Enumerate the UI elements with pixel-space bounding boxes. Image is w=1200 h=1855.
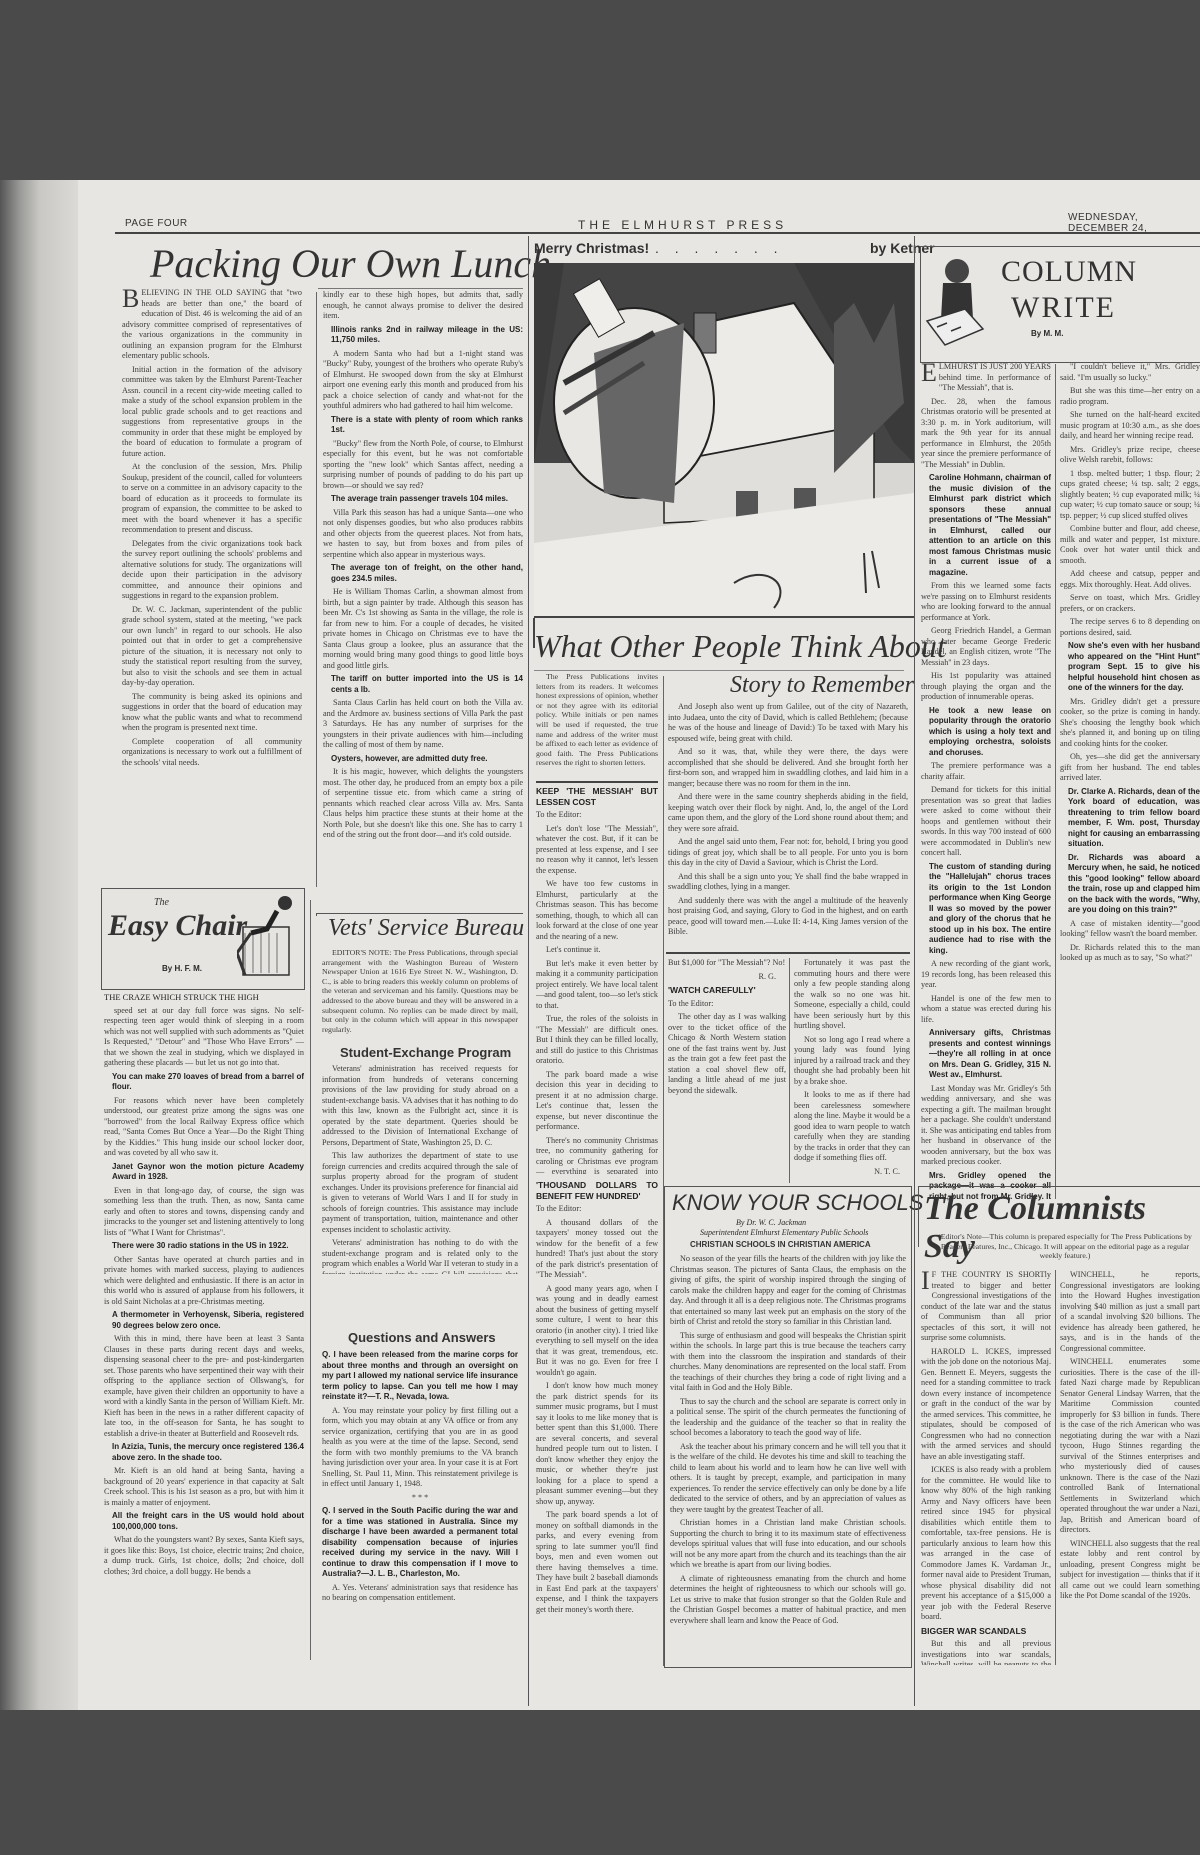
letter-salutation: To the Editor:: [536, 1204, 658, 1215]
cartoon-title: Merry Christmas!: [534, 240, 649, 256]
body-item: Serve on toast, which Mrs. Gridley prefe…: [1060, 593, 1200, 614]
letter-thousand-dollars: 'THOUSAND DOLLARS TO BENEFIT FEW HUNDRED…: [536, 1180, 658, 1665]
letter-paragraph: Let's continue it.: [536, 945, 658, 956]
easy-chair-column: THE CRAZE WHICH STRUCK THE HIGH speed se…: [104, 992, 304, 1652]
body-item: "Bucky" flew from the North Pole, of cou…: [323, 439, 523, 492]
fact-item: Anniversary gifts, Christmas presents an…: [921, 1028, 1051, 1081]
fact-item: Caroline Hohmann, chairman of the music …: [921, 473, 1051, 578]
scripture-paragraph: And this shall be a sign unto you; Ye sh…: [668, 872, 908, 893]
editorial-paragraph: Complete cooperation of all community or…: [122, 737, 302, 769]
letter-paragraph: Not so long ago I read where a young lad…: [794, 1035, 910, 1088]
fact-item: In Azizia, Tunis, the mercury once regis…: [104, 1442, 304, 1463]
policy-rule: [536, 781, 658, 783]
letter-paragraph: Let's don't lose "The Messiah", whatever…: [536, 824, 658, 877]
kys-body: No season of the year fills the hearts o…: [670, 1254, 906, 1662]
kys-paragraph: Christian homes in a Christian land make…: [670, 1518, 906, 1571]
letter-messiah-cost: KEEP 'THE MESSIAH' BUT LESSEN COST To th…: [536, 786, 658, 1174]
body-item: Mr. Kieft is an old hand at being Santa,…: [104, 1466, 304, 1508]
editorial-paragraph: The community is being asked its opinion…: [122, 692, 302, 734]
letter-paragraph: A thousand dollars of the taxpayers' mon…: [536, 1218, 658, 1281]
scripture-paragraph: And so it was, that, while they were the…: [668, 747, 908, 789]
scripture-paragraph: And suddenly there was with the angel a …: [668, 896, 908, 938]
body-item: For reasons which never have been comple…: [104, 1096, 304, 1159]
letter-paragraph: But let's make it even better by making …: [536, 959, 658, 1012]
dropcap: B: [122, 288, 139, 310]
story-body: And Joseph also went up from Galilee, ou…: [668, 702, 908, 952]
body-item: Georg Friedrich Handel, a German who lat…: [921, 626, 1051, 668]
body-item: ICKES is also ready with a problem for t…: [921, 1465, 1051, 1623]
fact-item: Janet Gaynor won the motion picture Acad…: [104, 1162, 304, 1183]
body-item: Demand for tickets for this initial pres…: [921, 785, 1051, 859]
editorial-sub-rule: [318, 288, 523, 289]
body-item: A case of mistaken identity—"good lookin…: [1060, 919, 1200, 940]
qa-title: Questions and Answers: [348, 1330, 496, 1345]
body-item: It is his magic, however, which delights…: [323, 767, 523, 841]
column-divider: [310, 900, 311, 1660]
column-write-byline: By M. M.: [1031, 329, 1063, 338]
fact-item: All the freight cars in the US would hol…: [104, 1511, 304, 1532]
body-item: Last Monday was Mr. Gridley's 5th weddin…: [921, 1084, 1051, 1168]
section-rule: [534, 616, 914, 618]
body-item: Mrs. Gridley didn't get a pressure cooke…: [1060, 697, 1200, 750]
dropcap: E: [921, 362, 937, 384]
editors-note-text: (Editor's Note—This column is prepared e…: [930, 1232, 1200, 1261]
body-item: Dr. Richards related this to the man loo…: [1060, 943, 1200, 964]
story-title: Story to Remember: [730, 672, 914, 699]
santa-cartoon-illustration: [534, 263, 914, 618]
column-divider: [528, 236, 529, 1706]
body-item: WINCHELL enumerates some curiosities. Th…: [1060, 1357, 1200, 1536]
body-item: A modern Santa who had but a 1-night sta…: [323, 349, 523, 412]
easy-chair-title: Easy Chair: [108, 909, 247, 943]
question: Q. I served in the South Pacific during …: [322, 1506, 518, 1580]
column-write-header-box: COLUMN WRITE By M. M.: [920, 246, 1200, 363]
body-item: From this we learned some facts we're pa…: [921, 581, 1051, 623]
letters-policy: The Press Publications invites letters f…: [536, 672, 658, 780]
issue-date: WEDNESDAY, DECEMBER 24,: [1068, 212, 1200, 234]
body-paragraph: Veterans' administration has received re…: [322, 1064, 518, 1148]
subhead: BIGGER WAR SCANDALS: [921, 1626, 1051, 1637]
section-rule: [534, 670, 904, 671]
writer-at-desk-icon: [925, 249, 985, 349]
fact-item: The custom of standing during the "Halle…: [921, 862, 1051, 957]
page-label: PAGE FOUR: [125, 218, 188, 229]
letter-paragraph: A good many years ago, when I was young …: [536, 1284, 658, 1379]
kys-subhead: CHRISTIAN SCHOOLS IN CHRISTIAN AMERICA: [690, 1240, 871, 1249]
fact-item: Dr. Richards was aboard a Mercury when, …: [1060, 853, 1200, 916]
letter-thousand-dollars-continued: But $1,000 for "The Messiah"? No! R. G. …: [668, 958, 786, 1188]
body-item: She turned on the half-heard excited mus…: [1060, 410, 1200, 442]
column-divider: [1055, 1270, 1056, 1665]
body-item: WINCHELL also suggests that the real est…: [1060, 1539, 1200, 1602]
scripture-paragraph: And Joseph also went up from Galilee, ou…: [668, 702, 908, 744]
santa-column: kindly ear to these high hopes, but admi…: [323, 290, 523, 890]
body-item: The premiere performance was a charity a…: [921, 761, 1051, 782]
fact-item: The average train passenger travels 104 …: [323, 494, 523, 505]
kys-paragraph: A climate of righteousness emanating fro…: [670, 1574, 906, 1627]
fact-item: The tariff on butter imported into the U…: [323, 674, 523, 695]
kys-byline: By Dr. W. C. Jackman: [736, 1218, 806, 1227]
answer: A. Yes. Veterans' administration says th…: [322, 1583, 518, 1604]
body-item: But this and all previous investigations…: [921, 1639, 1051, 1665]
editorial-headline: Packing Our Own Lunch: [150, 240, 551, 287]
letter-paragraph: The other day as I was walking over to t…: [668, 1012, 786, 1096]
letter-signature: N. T. C.: [794, 1167, 910, 1178]
letter-paragraph: It looks to me as if there had been care…: [794, 1090, 910, 1164]
column-write-col-1: ELMHURST IS JUST 200 YEARS behind time. …: [921, 362, 1051, 1202]
fact-item: Dr. Clarke A. Richards, dean of the York…: [1060, 787, 1200, 850]
body-item: Santa Claus Carlin has held court on bot…: [323, 698, 523, 751]
kys-title: KNOW YOUR SCHOOLS: [672, 1190, 923, 1216]
fact-item: A thermometer in Verhoyensk, Siberia, re…: [104, 1310, 304, 1331]
easy-chair-the: The: [154, 897, 169, 908]
letter-paragraph: There's no community Christmas tree, no …: [536, 1136, 658, 1175]
editorial-paragraph: Delegates from the civic organizations t…: [122, 539, 302, 602]
separator-asterisks: * * *: [322, 1493, 518, 1504]
editorial-paragraph: At the conclusion of the session, Mrs. P…: [122, 462, 302, 536]
fact-item: The average ton of freight, on the other…: [323, 563, 523, 584]
editorial-lead: ELIEVING IN THE OLD SAYING that "two hea…: [122, 288, 302, 360]
fact-item: Oysters, however, are admitted duty free…: [323, 754, 523, 765]
body-item: With this in mind, there have been at le…: [104, 1334, 304, 1439]
body-item: Add cheese and catsup, pepper and eggs. …: [1060, 569, 1200, 590]
column-write-title-2: WRITE: [1011, 291, 1116, 325]
letter-headline: 'THOUSAND DOLLARS TO BENEFIT FEW HUNDRED…: [536, 1180, 658, 1201]
column-write-title-1: COLUMN: [1001, 255, 1137, 289]
vets-title: Vets' Service Bureau: [328, 915, 524, 942]
editorial-column-1: BELIEVING IN THE OLD SAYING that "two he…: [122, 288, 302, 858]
masthead-rule: [115, 232, 1200, 234]
easy-chair-header-box: The Easy Chair By H. F. M.: [101, 888, 305, 990]
question: Q. I have been released from the marine …: [322, 1350, 518, 1403]
letter-paragraph: The park board spends a lot of money on …: [536, 1510, 658, 1615]
letter-signature: R. G.: [668, 972, 786, 983]
columnists-editors-note: (Editor's Note—This column is prepared e…: [930, 1232, 1200, 1272]
columnists-col-2: WINCHELL, he reports, Congressional inve…: [1060, 1270, 1200, 1665]
policy-text: The Press Publications invites letters f…: [536, 672, 658, 768]
fact-item: Now she's even with her husband who appe…: [1060, 641, 1200, 694]
body-item: His 1st popularity was attained through …: [921, 671, 1051, 703]
body-item: But she was this time—her entry on a rad…: [1060, 386, 1200, 407]
qa-body: Q. I have been released from the marine …: [322, 1350, 518, 1660]
body-item: Mrs. Gridley's prize recipe, cheese oliv…: [1060, 445, 1200, 466]
body-item: Handel is one of the few men to whom a s…: [921, 994, 1051, 1026]
column-write-lead: LMHURST IS JUST 200 YEARS behind time. I…: [939, 362, 1051, 392]
letter-paragraph: We have too few customs in Elmhurst, par…: [536, 879, 658, 942]
body-item: Villa Park this season has had a unique …: [323, 508, 523, 561]
easy-chair-byline: By H. F. M.: [162, 964, 202, 973]
kys-byline-title: Superintendent Elmhurst Elementary Publi…: [700, 1228, 868, 1237]
santa-intro: kindly ear to these high hopes, but admi…: [323, 290, 523, 322]
body-item: A new recording of the giant work, 19 re…: [921, 959, 1051, 991]
fact-item: You can make 270 loaves of bread from a …: [104, 1072, 304, 1093]
editors-note-text: EDITOR'S NOTE: The Press Publications, t…: [322, 948, 518, 1034]
editorial-paragraph: Initial action in the formation of the a…: [122, 365, 302, 460]
kys-paragraph: Thus to say the church and the school ar…: [670, 1397, 906, 1439]
letter-salutation: To the Editor:: [668, 999, 786, 1010]
body-item: Dec. 28, when the famous Christmas orato…: [921, 397, 1051, 471]
body-item: speed set at our day full force was sign…: [104, 1006, 304, 1069]
body-item: What do the youngsters want? By sexes, S…: [104, 1535, 304, 1577]
letter-paragraph: But $1,000 for "The Messiah"? No!: [668, 958, 786, 969]
binding-gutter: [0, 180, 78, 1710]
letters-section-title: What Other People Think About: [534, 628, 946, 665]
column-divider: [316, 292, 317, 887]
scripture-paragraph: And there were in the same country sheph…: [668, 792, 908, 834]
letter-paragraph: The park board made a wise decision this…: [536, 1070, 658, 1133]
fact-item: He took a new lease on popularity throug…: [921, 706, 1051, 759]
body-item: Combine butter and flour, add cheese, mi…: [1060, 524, 1200, 566]
vets-editors-note: EDITOR'S NOTE: The Press Publications, t…: [322, 948, 518, 1040]
body-item: "I couldn't believe it," Mrs. Gridley sa…: [1060, 362, 1200, 383]
letter-salutation: To the Editor:: [536, 810, 658, 821]
letter-paragraph: I don't know how much money the park dis…: [536, 1381, 658, 1507]
column-divider: [1055, 364, 1056, 1199]
scripture-paragraph: And the angel said unto them, Fear not: …: [668, 837, 908, 869]
body-item: He is William Thomas Carlin, a showman a…: [323, 587, 523, 671]
letter-headline: 'WATCH CAREFULLY': [668, 985, 786, 996]
column-write-col-2: "I couldn't believe it," Mrs. Gridley sa…: [1060, 362, 1200, 1202]
body-item: Other Santas have operated at church par…: [104, 1255, 304, 1308]
kys-paragraph: Ask the teacher about his primary concer…: [670, 1442, 906, 1516]
body-item: HAROLD L. ICKES, impressed with the job …: [921, 1347, 1051, 1463]
letter-paragraph: Fortunately it was past the commuting ho…: [794, 958, 910, 1032]
column-divider: [789, 958, 790, 1183]
body-item: The recipe serves 6 to 8 depending on po…: [1060, 617, 1200, 638]
letter-watch-carefully-continued: Fortunately it was past the commuting ho…: [794, 958, 910, 1183]
fact-item: There is a state with plenty of room whi…: [323, 415, 523, 436]
fact-item: Illinois ranks 2nd in railway mileage in…: [323, 325, 523, 346]
student-exchange-body: Veterans' administration has received re…: [322, 1064, 518, 1274]
body-paragraph: Veterans' administration has nothing to …: [322, 1238, 518, 1274]
columnists-lead: F THE COUNTRY IS SHORTly treated to bigg…: [921, 1270, 1051, 1342]
fact-item: There were 30 radio stations in the US i…: [104, 1241, 304, 1252]
columnists-col-1: IF THE COUNTRY IS SHORTly treated to big…: [921, 1270, 1051, 1665]
editorial-paragraph: Dr. W. C. Jackman, superintendent of the…: [122, 605, 302, 689]
kys-paragraph: No season of the year fills the hearts o…: [670, 1254, 906, 1328]
cartoon-dots: . . . . . . .: [655, 240, 784, 256]
recipe-ingredients: 1 tbsp. melted butter; 1 tbsp. flour; 2 …: [1060, 469, 1200, 522]
story-rule: [666, 952, 910, 954]
paper-name: THE ELMHURST PRESS: [578, 218, 787, 232]
letter-headline: KEEP 'THE MESSIAH' BUT LESSEN COST: [536, 786, 658, 807]
dropcap: I: [921, 1270, 930, 1292]
easy-chair-lead: THE CRAZE WHICH STRUCK THE HIGH: [104, 992, 304, 1003]
body-paragraph: This law authorizes the department of st…: [322, 1151, 518, 1235]
body-item: Even in that long-ago day, of course, th…: [104, 1186, 304, 1239]
letter-paragraph: True, the roles of the soloists in "The …: [536, 1014, 658, 1067]
santa-on-roof-icon: [534, 263, 914, 618]
column-divider: [914, 236, 915, 1706]
student-exchange-title: Student-Exchange Program: [340, 1045, 511, 1060]
kys-paragraph: This surge of enthusiasm and good will b…: [670, 1331, 906, 1394]
armchair-man-icon: [237, 893, 299, 981]
answer: A. You may reinstate your policy by firs…: [322, 1406, 518, 1490]
body-item: WINCHELL, he reports, Congressional inve…: [1060, 1270, 1200, 1354]
body-item: Oh, yes—she did get the anniversary gift…: [1060, 752, 1200, 784]
